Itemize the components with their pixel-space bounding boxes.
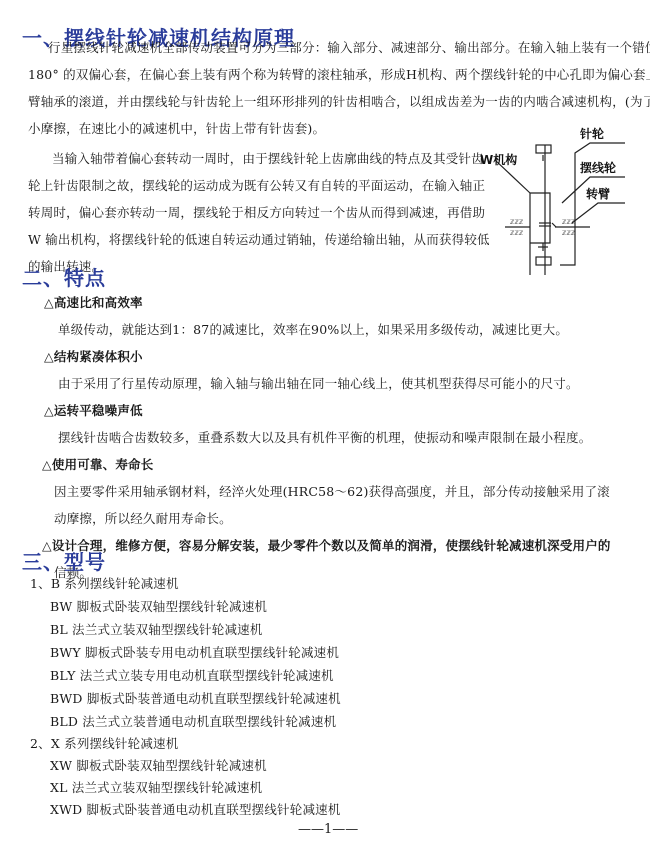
para1-line-2: 180° 的双偏心套，在偏心套上装有两个称为转臂的滚柱轴承，形成H机构、两个摆线… — [28, 61, 650, 88]
section-title-features: 二、特点 — [22, 262, 106, 291]
page-number: ——1—— — [298, 822, 358, 837]
feature-heading-2: △结构紧凑体积小 — [44, 343, 143, 370]
para1-line-3: 臂轴承的滚道，并由摆线轮与针齿轮上一组环形排列的针齿相啮合，以组成齿差为一齿的内… — [28, 88, 650, 115]
svg-text:ℤℤℤ: ℤℤℤ — [510, 219, 524, 226]
mechanism-schematic-icon: ℤℤℤ ℤℤℤ ℤℤℤ ℤℤℤ — [490, 125, 640, 275]
para2-line-1: 当输入轴带着偏心套转动一周时，由于摆线针轮上齿廓曲线的特点及其受针齿 — [52, 145, 484, 172]
svg-text:ℤℤℤ: ℤℤℤ — [562, 230, 576, 237]
para2-line-4: W 输出机构，将摆线针轮的低速自转运动通过销轴，传递给输出轴，从而获得较低 — [28, 226, 490, 253]
label-pin-wheel: 针轮 — [580, 125, 604, 142]
model-xwd: XWD 脚板式卧装普通电动机直联型摆线针轮减速机 — [50, 796, 341, 823]
label-cycloid-wheel: 摆线轮 — [580, 159, 616, 176]
feature-heading-3: △运转平稳噪声低 — [44, 397, 143, 424]
feature-heading-4: △使用可靠、寿命长 — [42, 451, 153, 478]
label-arm: 转臂 — [586, 185, 610, 202]
para2-line-3: 转周时，偏心套亦转动一周，摆线轮于相反方向转过一个齿从而得到减速，再借助 — [28, 199, 485, 226]
svg-text:ℤℤℤ: ℤℤℤ — [562, 219, 576, 226]
feature-body-4-line-2: 动摩擦，所以经久耐用寿命长。 — [54, 505, 232, 532]
para2-line-2: 轮上针齿限制之故，摆线轮的运动成为既有公转又有自转的平面运动，在输入轴正 — [28, 172, 485, 199]
svg-text:ℤℤℤ: ℤℤℤ — [510, 230, 524, 237]
para1-line-4: 小摩擦，在速比小的减速机中，针齿上带有针齿套)。 — [28, 115, 325, 142]
para1-line-1: 行星摆线针轮减速机全部传动装置可分为三部分：输入部分、减速部分、输出部分。在输入… — [48, 34, 650, 61]
feature-heading-5: △设计合理，维修方便，容易分解安装，最少零件个数以及简单的润滑，使摆线针轮减速机… — [42, 532, 611, 559]
feature-body-4-line-1: 因主要零件采用轴承钢材料，经淬火处理(HRC58～62)获得高强度，并且，部分传… — [54, 478, 610, 505]
feature-body-2: 由于采用了行星传动原理，输入轴与输出轴在同一轴心线上，使其机型获得尽可能小的尺寸… — [58, 370, 579, 397]
cycloid-reducer-diagram: ℤℤℤ ℤℤℤ ℤℤℤ ℤℤℤ 针轮 W机构 摆线轮 转臂 — [490, 125, 640, 275]
label-w-mechanism: W机构 — [480, 151, 517, 168]
feature-body-1: 单级传动，就能达到1：87的减速比，效率在90%以上，如果采用多级传动，减速比更… — [58, 316, 568, 343]
feature-heading-1: △高速比和高效率 — [44, 289, 143, 316]
feature-body-3: 摆线针齿啮合齿数较多，重叠系数大以及具有机件平衡的机理，使振动和噪声限制在最小程… — [58, 424, 591, 451]
